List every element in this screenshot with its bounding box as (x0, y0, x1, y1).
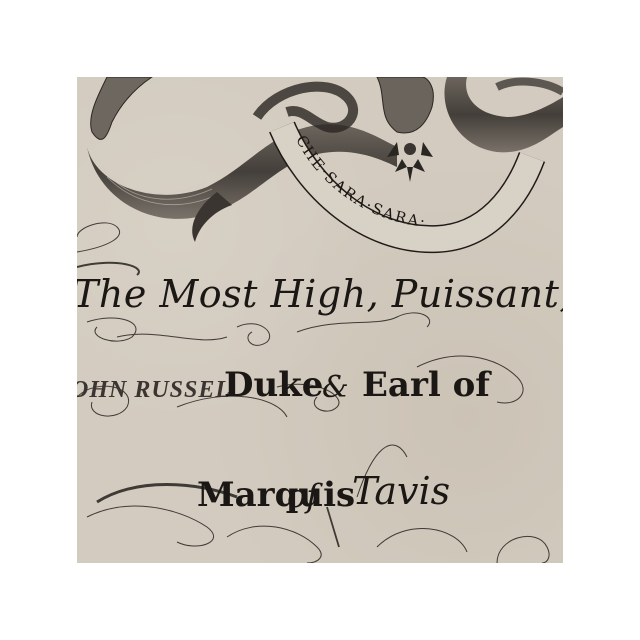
branch-ornament (91, 77, 152, 139)
rococo-cartouche-ornament: CHE·SARA·SARA· (77, 77, 563, 563)
engraved-print: CHE·SARA·SARA· The Most High, Puissant, … (77, 77, 563, 563)
calligraphic-flourishes (77, 223, 549, 563)
